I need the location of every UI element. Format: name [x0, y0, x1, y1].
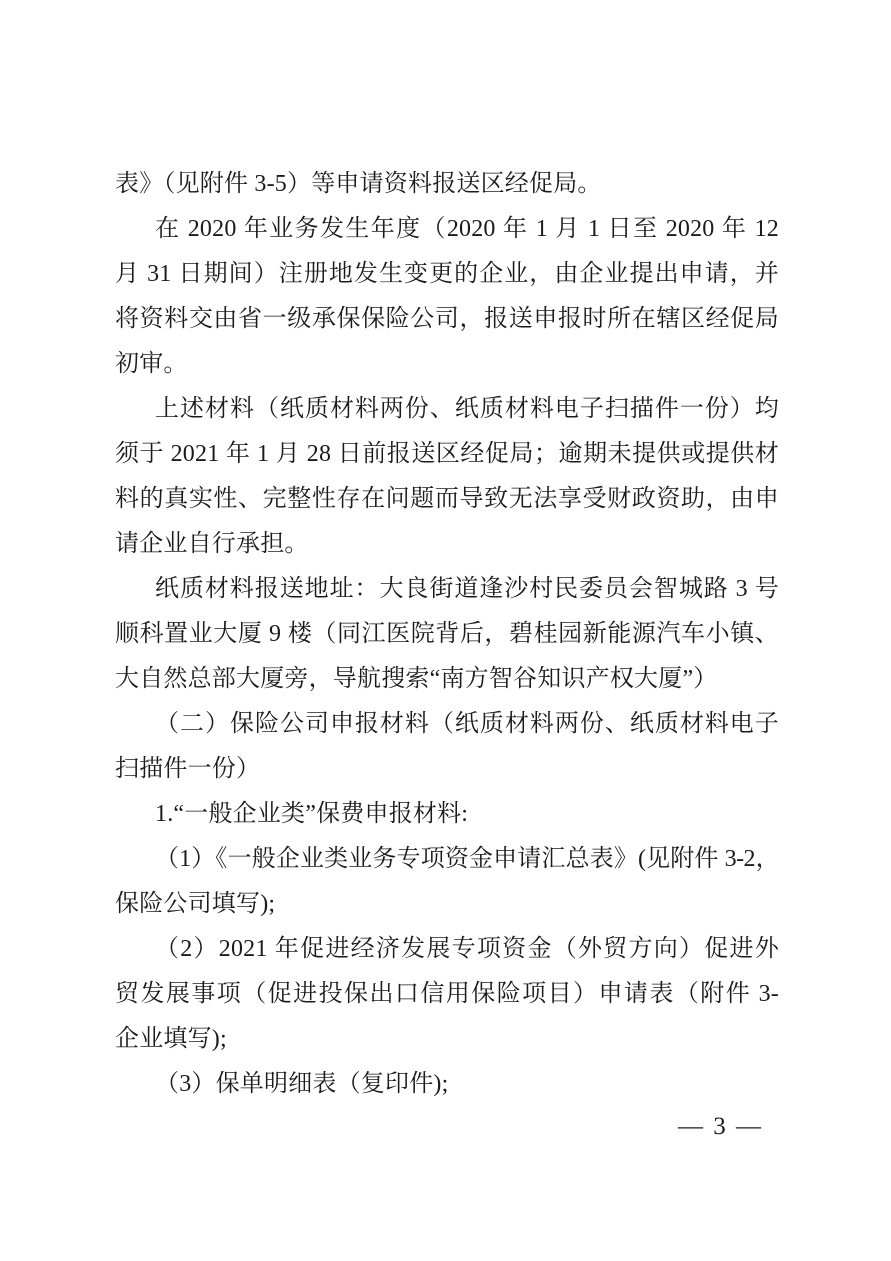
paragraph: （2）2021 年促进经济发展专项资金（外贸方向）促进外 贸发展事项（促进投保出… — [115, 927, 779, 1062]
text-line: 保险公司填写); — [115, 882, 779, 927]
text-line: 初审。 — [115, 342, 779, 387]
text-line: 企业填写); — [115, 1017, 779, 1062]
text-line: 将资料交由省一级承保保险公司，报送申报时所在辖区经促局 — [115, 297, 779, 342]
paragraph: 表》（见附件 3-5）等申请资料报送区经促局。 — [115, 162, 779, 207]
page-number: — 3 — — [678, 1104, 763, 1149]
text-line: 纸质材料报送地址：大良街道逢沙村民委员会智城路 3 号 — [115, 567, 779, 612]
text-line: 顺科置业大厦 9 楼（同江医院背后，碧桂园新能源汽车小镇、 — [115, 612, 779, 657]
text-line: 1.“一般企业类”保费申报材料: — [115, 792, 779, 837]
text-line: 须于 2021 年 1 月 28 日前报送区经促局；逾期未提供或提供材 — [115, 432, 779, 477]
paragraph: 1.“一般企业类”保费申报材料: — [115, 792, 779, 837]
text-line: 贸发展事项（促进投保出口信用保险项目）申请表（附件 3-3， — [115, 972, 779, 1017]
document-page: 表》（见附件 3-5）等申请资料报送区经促局。 在 2020 年业务发生年度（2… — [0, 0, 891, 1261]
text-line: 大自然总部大厦旁，导航搜索“南方智谷知识产权大厦”） — [115, 657, 779, 702]
paragraph: 纸质材料报送地址：大良街道逢沙村民委员会智城路 3 号 顺科置业大厦 9 楼（同… — [115, 567, 779, 702]
text-line: 请企业自行承担。 — [115, 522, 779, 567]
text-line: 在 2020 年业务发生年度（2020 年 1 月 1 日至 2020 年 12 — [115, 207, 779, 252]
text-line: （3）保单明细表（复印件); — [115, 1062, 779, 1107]
document-body: 表》（见附件 3-5）等申请资料报送区经促局。 在 2020 年业务发生年度（2… — [115, 162, 779, 1107]
paragraph: （1）《一般企业类业务专项资金申请汇总表》(见附件 3-2， 保险公司填写); — [115, 837, 779, 927]
paragraph: 上述材料（纸质材料两份、纸质材料电子扫描件一份）均 须于 2021 年 1 月 … — [115, 387, 779, 567]
text-line: （1）《一般企业类业务专项资金申请汇总表》(见附件 3-2， — [115, 837, 779, 882]
text-line: 表》（见附件 3-5）等申请资料报送区经促局。 — [115, 162, 779, 207]
text-line: 扫描件一份） — [115, 747, 779, 792]
text-line: 料的真实性、完整性存在问题而导致无法享受财政资助，由申 — [115, 477, 779, 522]
text-line: （二）保险公司申报材料（纸质材料两份、纸质材料电子 — [115, 702, 779, 747]
paragraph: （二）保险公司申报材料（纸质材料两份、纸质材料电子 扫描件一份） — [115, 702, 779, 792]
text-line: 上述材料（纸质材料两份、纸质材料电子扫描件一份）均 — [115, 387, 779, 432]
text-line: （2）2021 年促进经济发展专项资金（外贸方向）促进外 — [115, 927, 779, 972]
text-line: 月 31 日期间）注册地发生变更的企业，由企业提出申请，并 — [115, 252, 779, 297]
paragraph: （3）保单明细表（复印件); — [115, 1062, 779, 1107]
paragraph: 在 2020 年业务发生年度（2020 年 1 月 1 日至 2020 年 12… — [115, 207, 779, 387]
